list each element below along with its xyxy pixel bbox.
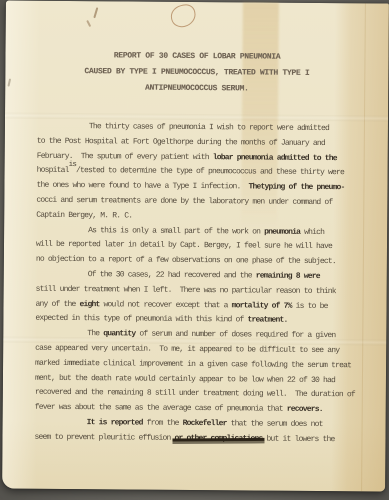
text-segment: expected in this type of pneumonia with … xyxy=(35,314,247,325)
text-segment: that the serum does not xyxy=(227,419,323,429)
ink-circle-mark xyxy=(169,2,198,29)
text-segment: Rockefeller xyxy=(183,419,227,428)
text-segment: eight xyxy=(80,300,100,309)
inserted-correction-text: is xyxy=(69,161,76,169)
text-segment: to the Post Hospital at Fort Ogelthorpe … xyxy=(37,137,325,148)
text-segment: will be reported later in detail by Capt… xyxy=(36,240,332,251)
text-segment: The xyxy=(87,329,103,338)
text-segment: hospital xyxy=(37,166,69,175)
text-segment: from the xyxy=(143,419,183,428)
text-segment: is to be xyxy=(292,301,328,310)
text-segment: of serum and number of doses required fo… xyxy=(135,330,335,341)
text-segment: marked immediate clinical improvement in… xyxy=(35,358,351,369)
letter-page: REPORT OF 30 CASES OF LOBAR PNEUMONIA CA… xyxy=(2,1,389,492)
text-segment: The thirty cases of pneumonia I wish to … xyxy=(89,122,329,133)
text-segment: still under treatment when I left. There… xyxy=(36,285,336,296)
text-line: fever was about the same as the average … xyxy=(35,401,371,418)
text-segment: would not recover except that a xyxy=(100,300,232,310)
text-segment: quantity xyxy=(103,329,135,338)
text-segment: which xyxy=(300,227,324,236)
text-segment: It is reported xyxy=(87,418,143,427)
text-segment: but it lowers the xyxy=(263,434,335,444)
text-line: no objection to a report of a few observ… xyxy=(36,253,372,270)
text-segment: pneumonia xyxy=(264,227,300,236)
text-segment: Of the 30 cases, 22 had recovered and th… xyxy=(88,270,256,280)
text-segment: Captain Bergey, M. R. C. xyxy=(36,211,132,221)
pen-stroke-mark xyxy=(93,7,98,18)
text-line: expected in this type of pneumonia with … xyxy=(35,312,371,329)
text-segment: February. The sputum of every patient wi… xyxy=(37,151,213,161)
text-segment: any of the xyxy=(36,299,80,308)
text-segment: lobar pneumonia admitted to the xyxy=(213,153,337,163)
text-segment: cocci and serum treatments are done by t… xyxy=(36,196,332,207)
text-line: Captain Bergey, M. R. C. xyxy=(36,209,372,226)
document-body: The thirty cases of pneumonia I wish to … xyxy=(34,120,373,448)
text-segment: As this is only a small part of the work… xyxy=(88,226,264,236)
text-line: seem to prevent pleuritic effusion or ot… xyxy=(34,430,370,447)
text-segment: recovers. xyxy=(287,405,323,414)
text-segment: the ones who were found to have a Type I… xyxy=(36,181,248,192)
text-segment: recovered and the remaining 8 still unde… xyxy=(35,388,355,400)
report-title-line: ANTIPNEUMOCOCCUS SERUM. xyxy=(5,80,388,99)
text-segment: no objection to a report of a few observ… xyxy=(36,255,336,266)
text-segment: case appeared very uncertain. To me, it … xyxy=(35,344,339,355)
text-segment: /tested to determine the type of pneumoc… xyxy=(76,166,344,177)
text-segment: remaining 8 were xyxy=(256,271,320,281)
text-segment: Thetyping of the pneumo- xyxy=(248,183,344,193)
text-segment: ment, but the death rate would certainly… xyxy=(35,373,335,384)
text-segment: fever was about the same as the average … xyxy=(35,403,287,414)
scanned-document-canvas: REPORT OF 30 CASES OF LOBAR PNEUMONIA CA… xyxy=(0,0,389,500)
text-segment: seem to prevent pleuritic effusion xyxy=(34,432,174,442)
text-segment: mortality of 7% xyxy=(232,301,292,310)
pen-stroke-mark xyxy=(86,20,91,27)
text-segment: treatment. xyxy=(247,316,287,325)
struck-out-text: or other complications xyxy=(174,434,262,444)
report-title: REPORT OF 30 CASES OF LOBAR PNEUMONIA CA… xyxy=(5,48,388,99)
